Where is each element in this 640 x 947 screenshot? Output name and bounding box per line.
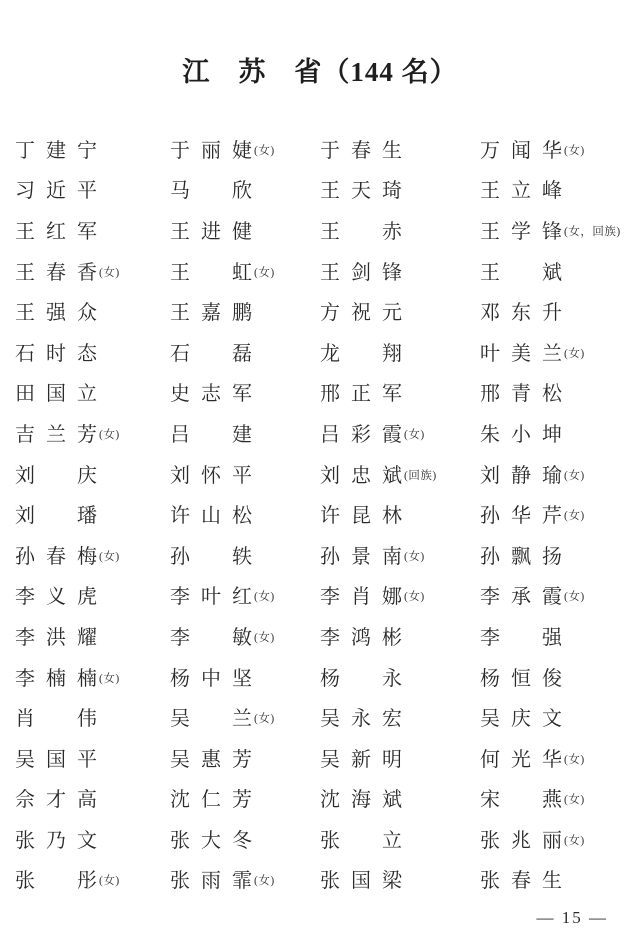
person-name: 张兆丽 — [480, 824, 573, 853]
gender-ethnicity-note: (女) — [404, 423, 425, 442]
roster-entry: 王嘉鹏 — [170, 290, 320, 331]
person-name: 王春香 — [15, 256, 108, 285]
person-name: 邢青松 — [480, 377, 573, 406]
gender-ethnicity-note: (女) — [99, 261, 120, 280]
roster-entry: 沈仁芳 — [170, 778, 320, 819]
roster-entry: 吴新明 — [320, 737, 480, 778]
person-name: 石 磊 — [170, 337, 263, 366]
person-name: 杨 永 — [320, 662, 413, 691]
roster-entry: 李楠楠(女) — [15, 656, 170, 697]
roster-entry: 张兆丽(女) — [480, 818, 630, 859]
roster-entry: 吴惠芳 — [170, 737, 320, 778]
gender-ethnicity-note: (女) — [564, 464, 585, 483]
person-name: 龙 翔 — [320, 337, 413, 366]
person-name: 孙春梅 — [15, 540, 108, 569]
person-name: 吴国平 — [15, 743, 108, 772]
person-name: 王剑锋 — [320, 256, 413, 285]
roster-entry: 叶美兰(女) — [480, 331, 630, 372]
roster-entry: 史志军 — [170, 372, 320, 413]
roster-entry: 张大冬 — [170, 818, 320, 859]
gender-ethnicity-note: (女) — [404, 545, 425, 564]
roster-entry: 李承霞(女) — [480, 575, 630, 616]
person-name: 王嘉鹏 — [170, 296, 263, 325]
roster-entry: 王春香(女) — [15, 250, 170, 291]
page-number: — 15 — — [537, 908, 609, 928]
roster-entry: 于春生 — [320, 128, 480, 169]
roster-entry: 杨中坚 — [170, 656, 320, 697]
person-name: 刘忠斌 — [320, 459, 413, 488]
person-name: 杨恒俊 — [480, 662, 573, 691]
roster-entry: 刘忠斌(回族) — [320, 453, 480, 494]
person-name: 吕 建 — [170, 418, 263, 447]
roster-entry: 李义虎 — [15, 575, 170, 616]
roster-entry: 李叶红(女) — [170, 575, 320, 616]
roster-entry: 佘才高 — [15, 778, 170, 819]
person-name: 王红军 — [15, 215, 108, 244]
person-name: 张乃文 — [15, 824, 108, 853]
person-name: 于丽婕 — [170, 134, 263, 163]
person-name: 李肖娜 — [320, 580, 413, 609]
person-name: 李 敏 — [170, 621, 263, 650]
roster-entry: 李 强 — [480, 615, 630, 656]
roster-entry: 习近平 — [15, 169, 170, 210]
person-name: 张雨霏 — [170, 864, 263, 893]
gender-ethnicity-note: (女) — [564, 829, 585, 848]
person-name: 王 赤 — [320, 215, 413, 244]
person-name: 王 斌 — [480, 256, 573, 285]
page-title: 江 苏 省（144 名） — [0, 50, 640, 89]
person-name: 刘 庆 — [15, 459, 108, 488]
person-name: 邓东升 — [480, 296, 573, 325]
person-name: 宋 燕 — [480, 783, 573, 812]
person-name: 孙华芹 — [480, 499, 573, 528]
person-name: 沈仁芳 — [170, 783, 263, 812]
gender-ethnicity-note: (女) — [99, 423, 120, 442]
person-name: 吴 兰 — [170, 702, 263, 731]
roster-entry: 王进健 — [170, 209, 320, 250]
person-name: 朱小坤 — [480, 418, 573, 447]
roster-entry: 王红军 — [15, 209, 170, 250]
roster-entry: 万闻华(女) — [480, 128, 630, 169]
roster-entry: 吴 兰(女) — [170, 696, 320, 737]
person-name: 李洪耀 — [15, 621, 108, 650]
roster-entry: 石 磊 — [170, 331, 320, 372]
roster-entry: 张春生 — [480, 859, 630, 900]
person-name: 李叶红 — [170, 580, 263, 609]
roster-entry: 孙 轶 — [170, 534, 320, 575]
gender-ethnicity-note: (女) — [254, 707, 275, 726]
roster-entry: 吴国平 — [15, 737, 170, 778]
roster-entry: 石时态 — [15, 331, 170, 372]
roster-entry: 田国立 — [15, 372, 170, 413]
person-name: 于春生 — [320, 134, 413, 163]
roster-entry: 杨恒俊 — [480, 656, 630, 697]
person-name: 方祝元 — [320, 296, 413, 325]
gender-ethnicity-note: (女) — [564, 139, 585, 158]
person-name: 邢正军 — [320, 377, 413, 406]
person-name: 孙景南 — [320, 540, 413, 569]
person-name: 许昆林 — [320, 499, 413, 528]
roster-entry: 于丽婕(女) — [170, 128, 320, 169]
roster-entry: 王立峰 — [480, 169, 630, 210]
roster-entry: 刘怀平 — [170, 453, 320, 494]
roster-entry: 李肖娜(女) — [320, 575, 480, 616]
roster-entry: 宋 燕(女) — [480, 778, 630, 819]
roster-entry: 王天琦 — [320, 169, 480, 210]
roster-entry: 杨 永 — [320, 656, 480, 697]
gender-ethnicity-note: (女) — [404, 585, 425, 604]
roster-entry: 王强众 — [15, 290, 170, 331]
gender-ethnicity-note: (女) — [564, 342, 585, 361]
roster-entry: 邓东升 — [480, 290, 630, 331]
roster-entry: 邢正军 — [320, 372, 480, 413]
person-name: 刘 璠 — [15, 499, 108, 528]
gender-ethnicity-note: (女) — [254, 261, 275, 280]
person-name: 李鸿彬 — [320, 621, 413, 650]
roster-entry: 张 彤(女) — [15, 859, 170, 900]
roster-entry: 许昆林 — [320, 493, 480, 534]
roster-entry: 王 赤 — [320, 209, 480, 250]
roster-entry: 吕彩霞(女) — [320, 412, 480, 453]
person-name: 刘静瑜 — [480, 459, 573, 488]
roster-entry: 何光华(女) — [480, 737, 630, 778]
roster-grid: 丁建宁于丽婕(女)于春生万闻华(女)习近平马 欣王天琦王立峰王红军王进健王 赤王… — [15, 128, 630, 899]
gender-ethnicity-note: (女) — [564, 788, 585, 807]
person-name: 孙 轶 — [170, 540, 263, 569]
person-name: 刘怀平 — [170, 459, 263, 488]
person-name: 许山松 — [170, 499, 263, 528]
gender-ethnicity-note: (女) — [564, 504, 585, 523]
person-name: 叶美兰 — [480, 337, 573, 366]
person-name: 杨中坚 — [170, 662, 263, 691]
person-name: 张春生 — [480, 864, 573, 893]
gender-ethnicity-note: (女) — [564, 748, 585, 767]
person-name: 石时态 — [15, 337, 108, 366]
person-name: 李楠楠 — [15, 662, 108, 691]
gender-ethnicity-note: (女) — [564, 585, 585, 604]
roster-entry: 孙华芹(女) — [480, 493, 630, 534]
person-name: 马 欣 — [170, 174, 263, 203]
person-name: 李义虎 — [15, 580, 108, 609]
roster-entry: 丁建宁 — [15, 128, 170, 169]
person-name: 沈海斌 — [320, 783, 413, 812]
person-name: 王进健 — [170, 215, 263, 244]
person-name: 万闻华 — [480, 134, 573, 163]
person-name: 李承霞 — [480, 580, 573, 609]
roster-entry: 沈海斌 — [320, 778, 480, 819]
roster-entry: 李洪耀 — [15, 615, 170, 656]
roster-entry: 王剑锋 — [320, 250, 480, 291]
roster-entry: 吴庆文 — [480, 696, 630, 737]
roster-entry: 张国梁 — [320, 859, 480, 900]
person-name: 何光华 — [480, 743, 573, 772]
roster-entry: 孙景南(女) — [320, 534, 480, 575]
gender-ethnicity-note: (女) — [254, 626, 275, 645]
roster-entry: 王学锋(女，回族) — [480, 209, 630, 250]
gender-ethnicity-note: (女) — [99, 667, 120, 686]
gender-ethnicity-note: (女) — [254, 585, 275, 604]
person-name: 王 虹 — [170, 256, 263, 285]
roster-entry: 张雨霏(女) — [170, 859, 320, 900]
roster-entry: 方祝元 — [320, 290, 480, 331]
person-name: 王立峰 — [480, 174, 573, 203]
person-name: 张国梁 — [320, 864, 413, 893]
roster-entry: 王 斌 — [480, 250, 630, 291]
roster-entry: 李 敏(女) — [170, 615, 320, 656]
roster-entry: 吕 建 — [170, 412, 320, 453]
gender-ethnicity-note: (女) — [254, 139, 275, 158]
gender-ethnicity-note: (女) — [254, 869, 275, 888]
roster-entry: 张乃文 — [15, 818, 170, 859]
roster-entry: 邢青松 — [480, 372, 630, 413]
gender-ethnicity-note: (回族) — [404, 464, 437, 483]
person-name: 吉兰芳 — [15, 418, 108, 447]
roster-entry: 许山松 — [170, 493, 320, 534]
person-name: 史志军 — [170, 377, 263, 406]
person-name: 吕彩霞 — [320, 418, 413, 447]
person-name: 吴永宏 — [320, 702, 413, 731]
person-name: 丁建宁 — [15, 134, 108, 163]
person-name: 王学锋 — [480, 215, 573, 244]
roster-entry: 肖 伟 — [15, 696, 170, 737]
roster-entry: 张 立 — [320, 818, 480, 859]
roster-entry: 马 欣 — [170, 169, 320, 210]
gender-ethnicity-note: (女) — [99, 545, 120, 564]
gender-ethnicity-note: (女) — [99, 869, 120, 888]
person-name: 王强众 — [15, 296, 108, 325]
roster-entry: 李鸿彬 — [320, 615, 480, 656]
roster-entry: 刘静瑜(女) — [480, 453, 630, 494]
roster-entry: 孙飘扬 — [480, 534, 630, 575]
person-name: 张 立 — [320, 824, 413, 853]
person-name: 佘才高 — [15, 783, 108, 812]
roster-entry: 孙春梅(女) — [15, 534, 170, 575]
gender-ethnicity-note: (女，回族) — [564, 220, 621, 239]
person-name: 吴惠芳 — [170, 743, 263, 772]
person-name: 田国立 — [15, 377, 108, 406]
roster-entry: 朱小坤 — [480, 412, 630, 453]
person-name: 张 彤 — [15, 864, 108, 893]
person-name: 孙飘扬 — [480, 540, 573, 569]
person-name: 李 强 — [480, 621, 573, 650]
roster-entry: 吉兰芳(女) — [15, 412, 170, 453]
person-name: 吴庆文 — [480, 702, 573, 731]
roster-entry: 刘 庆 — [15, 453, 170, 494]
person-name: 肖 伟 — [15, 702, 108, 731]
person-name: 习近平 — [15, 174, 108, 203]
person-name: 张大冬 — [170, 824, 263, 853]
roster-entry: 王 虹(女) — [170, 250, 320, 291]
roster-entry: 龙 翔 — [320, 331, 480, 372]
roster-entry: 刘 璠 — [15, 493, 170, 534]
person-name: 王天琦 — [320, 174, 413, 203]
person-name: 吴新明 — [320, 743, 413, 772]
roster-entry: 吴永宏 — [320, 696, 480, 737]
